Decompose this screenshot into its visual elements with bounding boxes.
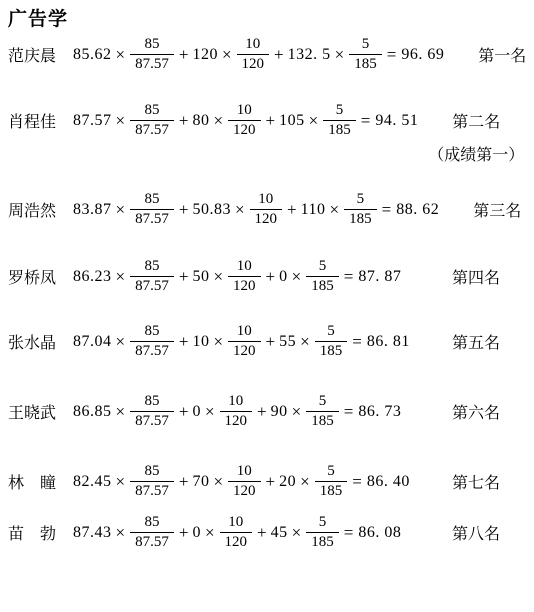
fraction-1-numerator: 85	[139, 35, 164, 54]
times-operator: ×	[300, 332, 310, 352]
score-formula: 86.85 × 85 87.57 + 0 × 10 120 + 90 × 5 1…	[72, 392, 418, 431]
plus-operator: +	[287, 200, 297, 220]
fraction-3-numerator: 5	[352, 190, 370, 209]
final-score: 86. 40	[367, 473, 410, 491]
fraction-bonus-weight: 5 185	[315, 322, 348, 361]
fraction-activity-weight: 10 120	[228, 322, 261, 361]
equals-operator: =	[344, 267, 354, 287]
rank-cell: 第四名	[418, 265, 534, 288]
fraction-2-denominator: 120	[250, 209, 283, 229]
rank-label: 第七名	[452, 475, 500, 492]
times-operator: ×	[205, 402, 215, 422]
weighted-score-3: 0	[279, 268, 288, 286]
score-formula: 83.87 × 85 87.57 + 50.83 × 10 120 + 110 …	[72, 190, 439, 229]
times-operator: ×	[213, 111, 223, 131]
fraction-1-denominator: 87.57	[130, 276, 174, 296]
plus-operator: +	[179, 523, 189, 543]
fraction-1-numerator: 85	[139, 462, 164, 481]
times-operator: ×	[116, 402, 126, 422]
fraction-activity-weight: 10 120	[228, 462, 261, 501]
fraction-1-denominator: 87.57	[130, 532, 174, 552]
fraction-1-denominator: 87.57	[130, 341, 174, 361]
plus-operator: +	[257, 402, 267, 422]
plus-operator: +	[179, 45, 189, 65]
fraction-2-numerator: 10	[232, 257, 257, 276]
times-operator: ×	[116, 200, 126, 220]
fraction-bonus-weight: 5 185	[306, 513, 339, 552]
rank-cell: 第二名 （成绩第一）	[418, 109, 534, 132]
fraction-activity-weight: 10 120	[220, 392, 253, 431]
weighted-score-2: 80	[192, 112, 209, 130]
fraction-3-denominator: 185	[344, 209, 377, 229]
equals-operator: =	[361, 111, 371, 131]
student-name: 张水晶	[0, 330, 72, 353]
fraction-activity-weight: 10 120	[237, 35, 270, 74]
times-operator: ×	[300, 472, 310, 492]
score-formula: 87.43 × 85 87.57 + 0 × 10 120 + 45 × 5 1…	[72, 513, 418, 552]
plus-operator: +	[257, 523, 267, 543]
equals-operator: =	[382, 200, 392, 220]
plus-operator: +	[266, 111, 276, 131]
fraction-exam-weight: 85 87.57	[130, 392, 174, 431]
student-name: 范庆晨	[0, 43, 72, 66]
fraction-exam-weight: 85 87.57	[130, 257, 174, 296]
times-operator: ×	[116, 267, 126, 287]
ranking-row: 范庆晨 85.62 × 85 87.57 + 120 × 10 120 + 13…	[0, 35, 534, 74]
fraction-1-denominator: 87.57	[130, 481, 174, 501]
fraction-bonus-weight: 5 185	[323, 101, 356, 140]
times-operator: ×	[292, 523, 302, 543]
times-operator: ×	[222, 45, 232, 65]
score-formula: 86.23 × 85 87.57 + 50 × 10 120 + 0 × 5 1…	[72, 257, 418, 296]
student-name: 肖程佳	[0, 109, 72, 132]
plus-operator: +	[266, 332, 276, 352]
weighted-score-2: 120	[192, 46, 218, 64]
equals-operator: =	[352, 472, 362, 492]
student-name: 王晓武	[0, 400, 72, 423]
final-score: 87. 87	[358, 268, 401, 286]
weighted-score-1: 85.62	[73, 46, 112, 64]
fraction-exam-weight: 85 87.57	[130, 513, 174, 552]
times-operator: ×	[213, 332, 223, 352]
fraction-1-denominator: 87.57	[130, 209, 174, 229]
rank-cell: 第三名	[439, 198, 534, 221]
fraction-activity-weight: 10 120	[228, 101, 261, 140]
fraction-2-numerator: 10	[240, 35, 265, 54]
fraction-3-numerator: 5	[314, 513, 332, 532]
fraction-exam-weight: 85 87.57	[130, 190, 174, 229]
times-operator: ×	[292, 402, 302, 422]
times-operator: ×	[292, 267, 302, 287]
fraction-bonus-weight: 5 185	[344, 190, 377, 229]
times-operator: ×	[116, 472, 126, 492]
rank-cell: 第五名	[418, 330, 534, 353]
final-score: 86. 81	[367, 333, 410, 351]
weighted-score-2: 70	[192, 473, 209, 491]
weighted-score-1: 87.57	[73, 112, 112, 130]
fraction-3-denominator: 185	[306, 532, 339, 552]
fraction-2-numerator: 10	[232, 101, 257, 120]
page-title: 广告学	[8, 8, 534, 31]
fraction-3-numerator: 5	[357, 35, 375, 54]
fraction-1-numerator: 85	[139, 257, 164, 276]
weighted-score-3: 105	[279, 112, 305, 130]
plus-operator: +	[179, 200, 189, 220]
times-operator: ×	[116, 332, 126, 352]
weighted-score-1: 83.87	[73, 201, 112, 219]
weighted-score-3: 90	[271, 403, 288, 421]
equals-operator: =	[387, 45, 397, 65]
weighted-score-2: 50.83	[192, 201, 231, 219]
times-operator: ×	[213, 472, 223, 492]
plus-operator: +	[179, 472, 189, 492]
weighted-score-2: 50	[192, 268, 209, 286]
fraction-1-numerator: 85	[139, 392, 164, 411]
weighted-score-1: 86.85	[73, 403, 112, 421]
rank-label: 第六名	[452, 405, 500, 422]
rank-label: 第二名	[452, 114, 500, 131]
weighted-score-2: 0	[192, 524, 201, 542]
fraction-bonus-weight: 5 185	[306, 257, 339, 296]
fraction-3-numerator: 5	[322, 322, 340, 341]
weighted-score-3: 132. 5	[288, 46, 331, 64]
fraction-2-denominator: 120	[228, 481, 261, 501]
fraction-3-numerator: 5	[314, 257, 332, 276]
student-name: 林 瞳	[0, 470, 72, 493]
rank-label: 第八名	[452, 526, 500, 543]
equals-operator: =	[352, 332, 362, 352]
times-operator: ×	[235, 200, 245, 220]
weighted-score-1: 87.04	[73, 333, 112, 351]
fraction-2-numerator: 10	[253, 190, 278, 209]
weighted-score-1: 87.43	[73, 524, 112, 542]
weighted-score-3: 20	[279, 473, 296, 491]
times-operator: ×	[335, 45, 345, 65]
fraction-bonus-weight: 5 185	[306, 392, 339, 431]
ranking-list: 范庆晨 85.62 × 85 87.57 + 120 × 10 120 + 13…	[0, 35, 534, 552]
rank-label: 第三名	[473, 203, 521, 220]
fraction-1-numerator: 85	[139, 513, 164, 532]
fraction-exam-weight: 85 87.57	[130, 322, 174, 361]
weighted-score-1: 82.45	[73, 473, 112, 491]
document-page: 广告学 范庆晨 85.62 × 85 87.57 + 120 × 10 120 …	[0, 8, 534, 612]
rank-cell: 第七名	[418, 470, 534, 493]
weighted-score-3: 55	[279, 333, 296, 351]
plus-operator: +	[266, 267, 276, 287]
plus-operator: +	[274, 45, 284, 65]
fraction-2-numerator: 10	[223, 513, 248, 532]
plus-operator: +	[266, 472, 276, 492]
ranking-row: 王晓武 86.85 × 85 87.57 + 0 × 10 120 + 90 ×…	[0, 392, 534, 431]
score-formula: 82.45 × 85 87.57 + 70 × 10 120 + 20 × 5 …	[72, 462, 418, 501]
plus-operator: +	[179, 267, 189, 287]
ranking-row: 肖程佳 87.57 × 85 87.57 + 80 × 10 120 + 105…	[0, 101, 534, 140]
times-operator: ×	[213, 267, 223, 287]
final-score: 88. 62	[396, 201, 439, 219]
fraction-1-denominator: 87.57	[130, 54, 174, 74]
plus-operator: +	[179, 402, 189, 422]
rank-cell: 第八名	[418, 521, 534, 544]
rank-note: （成绩第一）	[428, 142, 524, 165]
fraction-1-numerator: 85	[139, 190, 164, 209]
fraction-1-numerator: 85	[139, 101, 164, 120]
fraction-3-denominator: 185	[306, 411, 339, 431]
weighted-score-2: 10	[192, 333, 209, 351]
fraction-2-denominator: 120	[228, 276, 261, 296]
fraction-1-numerator: 85	[139, 322, 164, 341]
score-formula: 87.57 × 85 87.57 + 80 × 10 120 + 105 × 5…	[72, 101, 418, 140]
fraction-activity-weight: 10 120	[250, 190, 283, 229]
plus-operator: +	[179, 332, 189, 352]
times-operator: ×	[205, 523, 215, 543]
weighted-score-3: 110	[301, 201, 326, 219]
times-operator: ×	[116, 45, 126, 65]
times-operator: ×	[330, 200, 340, 220]
fraction-2-numerator: 10	[223, 392, 248, 411]
final-score: 86. 08	[358, 524, 401, 542]
fraction-3-numerator: 5	[322, 462, 340, 481]
weighted-score-2: 0	[192, 403, 201, 421]
ranking-row: 张水晶 87.04 × 85 87.57 + 10 × 10 120 + 55 …	[0, 322, 534, 361]
fraction-2-denominator: 120	[228, 341, 261, 361]
weighted-score-3: 45	[271, 524, 288, 542]
fraction-3-denominator: 185	[315, 481, 348, 501]
fraction-3-denominator: 185	[349, 54, 382, 74]
plus-operator: +	[179, 111, 189, 131]
final-score: 86. 73	[358, 403, 401, 421]
fraction-exam-weight: 85 87.57	[130, 462, 174, 501]
times-operator: ×	[116, 523, 126, 543]
fraction-2-numerator: 10	[232, 462, 257, 481]
equals-operator: =	[344, 402, 354, 422]
rank-cell: 第六名	[418, 400, 534, 423]
fraction-3-denominator: 185	[306, 276, 339, 296]
final-score: 96. 69	[401, 46, 444, 64]
student-name: 周浩然	[0, 198, 72, 221]
weighted-score-1: 86.23	[73, 268, 112, 286]
times-operator: ×	[309, 111, 319, 131]
equals-operator: =	[344, 523, 354, 543]
fraction-3-denominator: 185	[323, 120, 356, 140]
rank-label: 第五名	[452, 335, 500, 352]
ranking-row: 苗 勃 87.43 × 85 87.57 + 0 × 10 120 + 45 ×…	[0, 513, 534, 552]
final-score: 94. 51	[375, 112, 418, 130]
ranking-row: 周浩然 83.87 × 85 87.57 + 50.83 × 10 120 + …	[0, 190, 534, 229]
fraction-3-numerator: 5	[314, 392, 332, 411]
fraction-bonus-weight: 5 185	[349, 35, 382, 74]
fraction-exam-weight: 85 87.57	[130, 35, 174, 74]
ranking-row: 林 瞳 82.45 × 85 87.57 + 70 × 10 120 + 20 …	[0, 462, 534, 501]
fraction-activity-weight: 10 120	[228, 257, 261, 296]
score-formula: 87.04 × 85 87.57 + 10 × 10 120 + 55 × 5 …	[72, 322, 418, 361]
fraction-2-denominator: 120	[228, 120, 261, 140]
ranking-row: 罗桥凤 86.23 × 85 87.57 + 50 × 10 120 + 0 ×…	[0, 257, 534, 296]
fraction-bonus-weight: 5 185	[315, 462, 348, 501]
rank-label: 第一名	[478, 48, 526, 65]
rank-cell: 第一名	[444, 43, 534, 66]
fraction-2-denominator: 120	[237, 54, 270, 74]
fraction-2-denominator: 120	[220, 411, 253, 431]
student-name: 罗桥凤	[0, 265, 72, 288]
fraction-3-denominator: 185	[315, 341, 348, 361]
score-formula: 85.62 × 85 87.57 + 120 × 10 120 + 132. 5…	[72, 35, 444, 74]
fraction-exam-weight: 85 87.57	[130, 101, 174, 140]
fraction-2-denominator: 120	[220, 532, 253, 552]
times-operator: ×	[116, 111, 126, 131]
rank-label: 第四名	[452, 270, 500, 287]
fraction-activity-weight: 10 120	[220, 513, 253, 552]
fraction-1-denominator: 87.57	[130, 411, 174, 431]
fraction-2-numerator: 10	[232, 322, 257, 341]
fraction-3-numerator: 5	[331, 101, 349, 120]
fraction-1-denominator: 87.57	[130, 120, 174, 140]
student-name: 苗 勃	[0, 521, 72, 544]
